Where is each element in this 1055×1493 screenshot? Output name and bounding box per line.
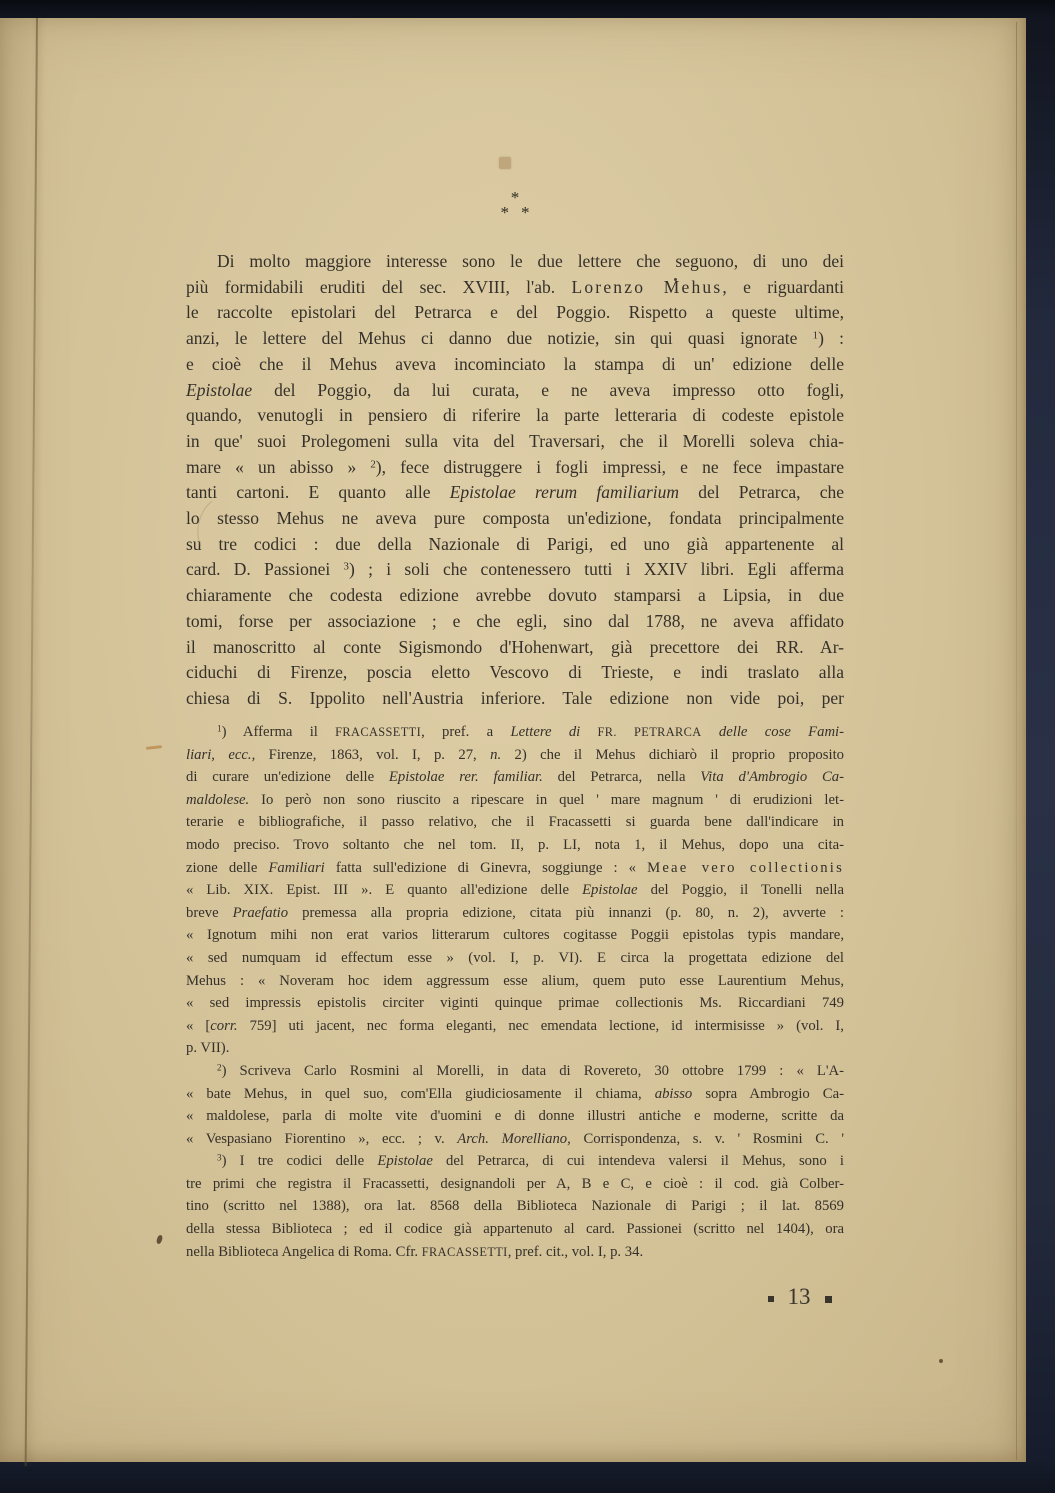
text-line: quando, venutogli in pensiero di riferir… (186, 403, 844, 429)
margin-mark (146, 745, 162, 750)
text-line: card. D. Passionei 3) ; i soli che conte… (186, 557, 844, 583)
text-line: tino (scritto nel 1388), ora lat. 8568 d… (186, 1195, 844, 1218)
text-line: 2) Scriveva Carlo Rosmini al Morelli, in… (186, 1060, 844, 1083)
text-line: e cioè che il Mehus aveva incominciato l… (186, 352, 844, 378)
page-number: 13 (742, 1280, 857, 1314)
text-line: Epistolae del Poggio, da lui curata, e n… (186, 378, 844, 404)
text-line: « Ignotum mihi non erat varios litteraru… (186, 924, 844, 947)
text-line: ciduchi di Firenze, poscia eletto Vescov… (186, 660, 844, 686)
text-line: di curare un'edizione delle Epistolae re… (186, 766, 844, 789)
text-line: 1) Afferma il FRACASSETTI, pref. a Lette… (186, 721, 844, 744)
text-line: lo stesso Mehus ne aveva pure composta u… (186, 506, 844, 532)
text-line: più formidabili eruditi del sec. XVIII, … (186, 275, 844, 301)
text-line: « sed impressis epistolis circiter vigin… (186, 992, 844, 1015)
text-line: tomi, forse per associazione ; e che egl… (186, 609, 844, 635)
text-line: zione delle Familiari fatta sull'edizion… (186, 857, 844, 880)
asterism-bottom: ** (186, 205, 844, 220)
page-edge-line (1016, 22, 1017, 1460)
text-line: anzi, le lettere del Mehus ci danno due … (186, 326, 844, 352)
text-line: Di molto maggiore interesse sono le due … (186, 249, 844, 275)
paper-fleck (939, 1359, 943, 1363)
asterism-separator: * ** (186, 190, 844, 220)
text-line: 3) I tre codici delle Epistolae del Petr… (186, 1150, 844, 1173)
text-line: le raccolte epistolari del Petrarca e de… (186, 300, 844, 326)
text-line: Mehus : « Noveram hoc idem aggressum ess… (186, 970, 844, 993)
asterism-top: * (186, 190, 844, 205)
margin-speck (156, 1234, 164, 1244)
text-line: liari, ecc., Firenze, 1863, vol. I, p. 2… (186, 744, 844, 767)
text-line: « Vespasiano Fiorentino », ecc. ; v. Arc… (186, 1128, 844, 1151)
text-line: chiesa di S. Ippolito nell'Austria infer… (186, 686, 844, 712)
text-line: breve Praefatio premessa alla propria ed… (186, 902, 844, 925)
page-edge-shadow (1021, 18, 1026, 1462)
page-number-right-square (825, 1296, 832, 1303)
text-line: tre primi che registra il Fracassetti, d… (186, 1173, 844, 1196)
book-page: * ** Di molto maggiore interesse sono le… (0, 18, 1026, 1462)
text-line: nella Biblioteca Angelica di Roma. Cfr. … (186, 1241, 844, 1264)
text-line: della stessa Biblioteca ; ed il codice g… (186, 1218, 844, 1241)
ink-smudge (499, 157, 511, 169)
photo-background: { "page_number": { "value": "13", "left_… (0, 0, 1055, 1493)
page-number-value: 13 (788, 1284, 811, 1310)
page-number-left-square (768, 1296, 774, 1302)
text-line: terarie e bibliografiche, il passo relat… (186, 811, 844, 834)
footnotes: 1) Afferma il FRACASSETTI, pref. a Lette… (186, 721, 844, 1263)
text-line: « bate Mehus, in quel suo, com'Ella giud… (186, 1083, 844, 1106)
text-line: tanti cartoni. E quanto alle Epistolae r… (186, 480, 844, 506)
text-line: su tre codici : due della Nazionale di P… (186, 532, 844, 558)
binding-crease (25, 18, 38, 1466)
text-line: il manoscritto al conte Sigismondo d'Hoh… (186, 635, 844, 661)
text-line: chiaramente che codesta edizione avrebbe… (186, 583, 844, 609)
body-text: Di molto maggiore interesse sono le due … (186, 249, 844, 712)
text-line: « sed numquam id effectum esse » (vol. I… (186, 947, 844, 970)
text-line: in que' suoi Prolegomeni sulla vita del … (186, 429, 844, 455)
text-line: maldolese. Io però non sono riuscito a r… (186, 789, 844, 812)
text-line: « Lib. XIX. Epist. III ». E quanto all'e… (186, 879, 844, 902)
text-line: p. VII). (186, 1037, 844, 1060)
text-line: modo preciso. Trovo soltanto che nel tom… (186, 834, 844, 857)
text-line: mare « un abisso » 2), fece distruggere … (186, 455, 844, 481)
text-line: « [corr. 759] uti jacent, nec forma eleg… (186, 1015, 844, 1038)
text-line: « maldolese, parla di molte vite d'uomin… (186, 1105, 844, 1128)
